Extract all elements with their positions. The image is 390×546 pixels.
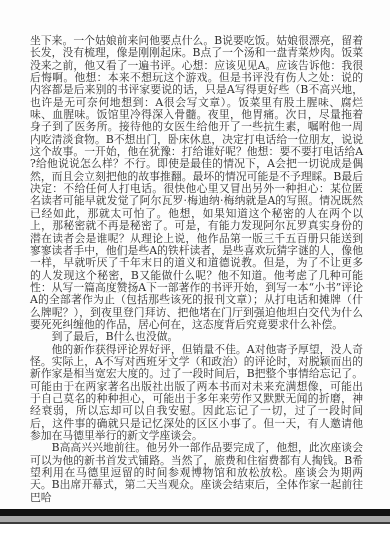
reader-screen: 坐下来。一个姑娘前来问他要点什么。B说要吃饭。姑娘很漂亮，留着长发，没有梳理，像… — [0, 0, 390, 546]
scan-edge-black-band — [0, 509, 390, 516]
paragraph: 到了最后，B什么也没做。 — [30, 331, 363, 343]
book-page: 坐下来。一个姑娘前来问他要点什么。B说要吃饭。姑娘很漂亮，留着长发，没有梳理，像… — [0, 0, 390, 509]
paragraph: 他的新作获得评论界好评，但销量不佳。A对他寄予厚望，没人奇怪。实际上，A不写对西… — [30, 344, 363, 443]
below-page-margin — [0, 524, 390, 546]
page-scan-edge — [0, 509, 390, 524]
page-text-block: 坐下来。一个姑娘前来问他要点什么。B说要吃饭。姑娘很漂亮，留着长发，没有梳理，像… — [30, 35, 363, 504]
paragraph: B高高兴兴地前往。他另外一部作品要完成了，他想，此次座谈会可以为他的新书首发式铺… — [30, 442, 363, 504]
paragraph: 坐下来。一个姑娘前来问他要点什么。B说要吃饭。姑娘很漂亮，留着长发，没有梳理，像… — [30, 35, 363, 331]
